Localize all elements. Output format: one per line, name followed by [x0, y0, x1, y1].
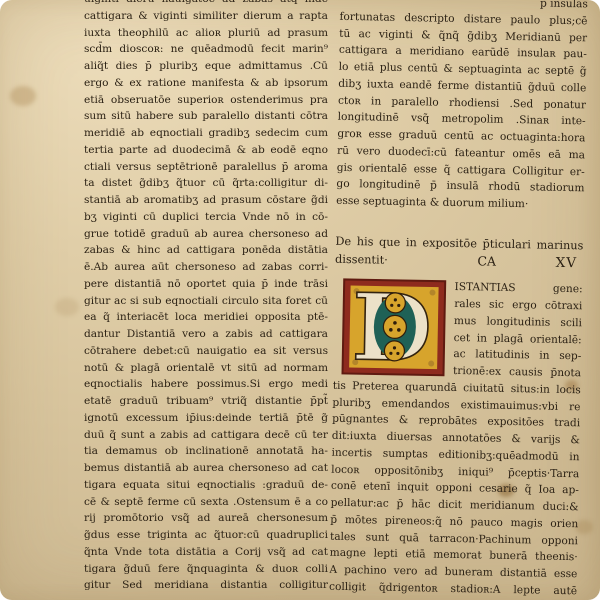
text-line: pere distantiā nō oportet quia p̄ inde t… [84, 276, 328, 293]
illuminated-initial: D [341, 278, 447, 377]
text-line: meridiē ab eqnoctiali gradibʒ sedecim cu… [84, 125, 328, 142]
text-line: trionē:ex causis p̄nota [453, 363, 581, 382]
chapter-number: XV [556, 254, 578, 271]
text-line: duū q̃ sunt a zabis ad cattigara decē cū… [84, 427, 328, 444]
text-line: gitur ac si sub eqnoctiali circulo sita … [84, 293, 328, 310]
text-line: zabas & hinc ad cattigara ponēda distāti… [84, 242, 328, 259]
text-line: ctiali versus septētrionē paralellus p̄ … [84, 159, 328, 176]
text-line: tigara g̃duū fere q̃nquaginta & duoʀ col… [84, 561, 328, 578]
text-line: scd̄m dioscoʀ: ne quēadmodū fecit marin⁹ [84, 41, 328, 58]
text-line: tertia parte ad duodecimā & ab eodē eqno [84, 142, 328, 159]
text-line: ergo & ex ratione manifesta & ab ipsorum [84, 75, 328, 92]
text-line: ta distet g̃dibʒ q̃tuor cū q̃rta:colligi… [84, 175, 328, 192]
left-text-column: uiginti dierū nauigatōe ad zabas atq̃ in… [84, 0, 328, 594]
text-line: tia demamus ob inclinationē annotatā ha- [84, 443, 328, 460]
right-text-column: p̄ insulasfortunatas descripto distare p… [329, 0, 588, 600]
text-line: q̃nta Vnde tota distātia a Corij vsq̃ ad… [84, 544, 328, 561]
illuminated-initial-artwork: D [341, 278, 447, 377]
text-line: etatē graduū tribuam⁹ vtriq̃ distantie p… [84, 393, 328, 410]
text-line: cattigara & viginti similiter dierum a r… [84, 8, 328, 25]
text-line: ē.Ab aurea aūt chersoneso ad zabas corri… [84, 259, 328, 276]
text-line: sum sitū habere sub paralello distanti c… [84, 108, 328, 125]
text-line: ignotū excessum ip̄ius:deinde tertiā p̄t… [84, 410, 328, 427]
right-column-bottom-paragraph: tis Preterea quarundā ciuitatū situs:in … [329, 378, 581, 600]
parchment-stain [55, 298, 79, 316]
text-line: aliq̃t dies p̄ pluribʒ eque admittamus .… [84, 58, 328, 75]
text-line: cōtrahere debet:cū nauigatio ea sit vers… [84, 343, 328, 360]
text-line: bʒ viginti cū duplici tercia Vnde nō in … [84, 209, 328, 226]
text-line: stantiā ab aromatibʒ ad prasum cōstare g… [84, 192, 328, 209]
parchment-stain [10, 86, 36, 106]
text-line: iuxta theophilū ac alioʀ pluriū ad prasu… [84, 25, 328, 42]
text-line: tigara equata situi eqnoctialis :graduū … [84, 477, 328, 494]
text-line: notū & plagā orientalē vt sitū ad normam [84, 360, 328, 377]
book-page: uiginti dierū nauigatōe ad zabas atq̃ in… [0, 0, 600, 600]
chapter-paragraph: D ISTANTIAS gene:rales sic ergo cōtraxim… [329, 277, 583, 600]
text-line: colligit q̃drigentoʀ stadioʀ:A lepte aut… [329, 578, 577, 599]
right-column-top-paragraph: p̄ insulasfortunatas descripto distare p… [336, 0, 588, 214]
text-line: etiā obseruatōe superioʀ ostenderimus pr… [84, 92, 328, 109]
text-line: eqnoctialis habere possimus.Si ergo medi [84, 376, 328, 393]
text-line: rales sic ergo cōtraxi [454, 296, 582, 315]
chapter-heading-dissentit: dissentit· [335, 251, 388, 269]
text-line: g̃dus esse triginta ac q̃tuor:cū quadrup… [84, 527, 328, 544]
text-line: ea q̃ interiacēt loca meridiei opposita … [84, 309, 328, 326]
text-line: grue totidē graduū ab aurea chersoneso a… [84, 226, 328, 243]
text-line: uiginti dierū nauigatōe ad zabas atq̃ in… [84, 0, 328, 8]
chapter-label: CA [477, 253, 496, 270]
text-line: cē & septē ferme cū sexta .Ostensum ē a … [84, 494, 328, 511]
text-line: gitur Sed meridiana distantia colligitur [84, 577, 328, 594]
text-line: bemus distantiā ab aurea chersoneso ad c… [84, 460, 328, 477]
text-line: dantur Distantiā vero a zabis ad cattiga… [84, 326, 328, 343]
text-line: rij promōtorio vsq̃ ad aureā chersonesum [84, 510, 328, 527]
text-line: mus longitudinis scili [454, 313, 582, 332]
chapter-heading: De his que in expositōe p̄ticulari marin… [335, 234, 584, 272]
